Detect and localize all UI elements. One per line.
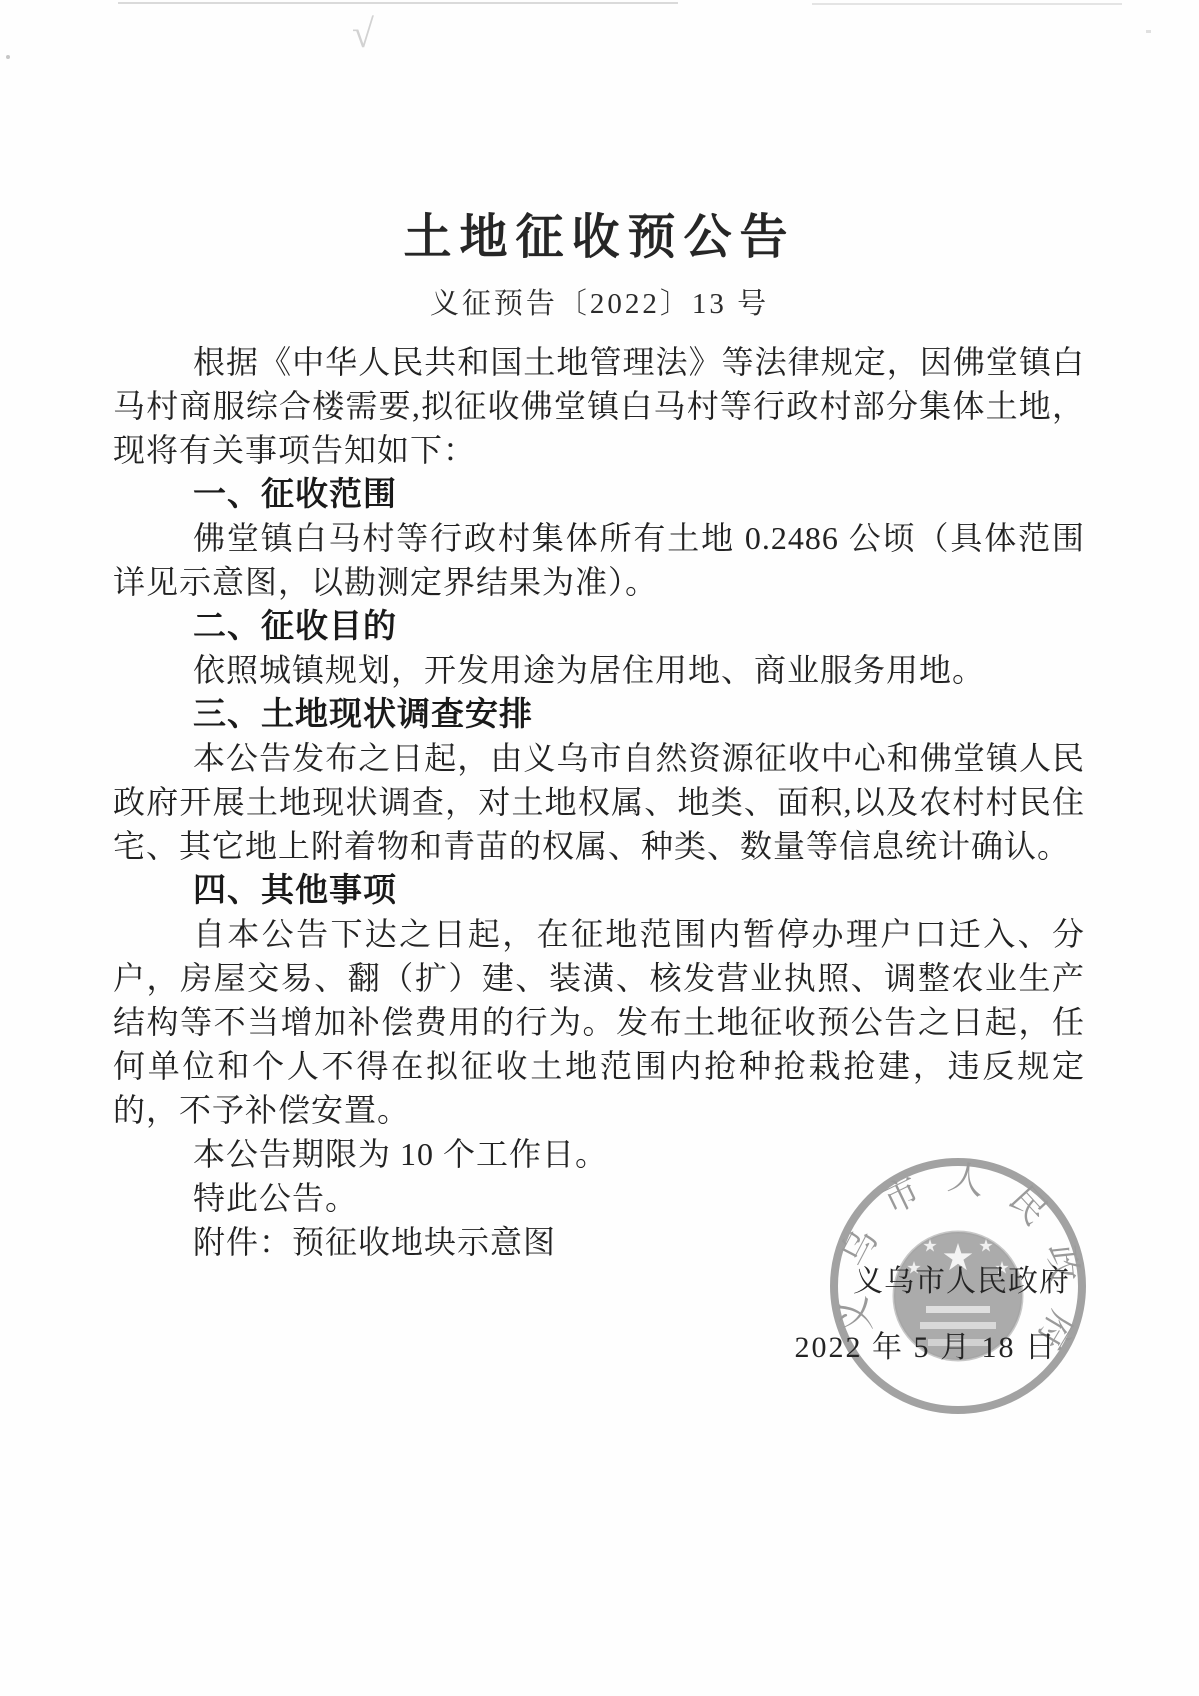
section-3-paragraph: 本公告发布之日起，由义乌市自然资源征收中心和佛堂镇人民政府开展土地现状调查，对土… bbox=[113, 736, 1085, 868]
document-number: 义征预告〔2022〕13 号 bbox=[0, 281, 1199, 322]
intro-paragraph: 根据《中华人民共和国土地管理法》等法律规定，因佛堂镇白马村商服综合楼需要,拟征收… bbox=[113, 340, 1085, 472]
document-title: 土地征收预公告 bbox=[0, 198, 1199, 267]
issuer-signature: 义乌市人民政府 bbox=[0, 1256, 1070, 1300]
scan-artifact-mark: √ bbox=[352, 12, 398, 56]
section-2-heading: 二、征收目的 bbox=[113, 604, 1085, 648]
seal-gate-bar bbox=[926, 1306, 990, 1313]
scan-artifact-line bbox=[118, 2, 678, 4]
section-1-heading: 一、征收范围 bbox=[113, 472, 1085, 516]
section-2-paragraph: 依照城镇规划，开发用途为居住用地、商业服务用地。 bbox=[113, 648, 1085, 692]
section-4-paragraph: 自本公告下达之日起，在征地范围内暂停办理户口迁入、分户，房屋交易、翻（扩）建、装… bbox=[113, 912, 1085, 1132]
scan-artifact-speck bbox=[6, 55, 10, 59]
scan-artifact-line bbox=[812, 3, 1122, 5]
document-page: √ 土地征收预公告 义征预告〔2022〕13 号 根据《中华人民共和国土地管理法… bbox=[0, 0, 1199, 1696]
section-1-paragraph: 佛堂镇白马村等行政村集体所有土地 0.2486 公顷（具体范围详见示意图，以勘测… bbox=[113, 516, 1085, 604]
issue-date: 2022 年 5 月 18 日 bbox=[0, 1322, 1057, 1366]
section-4-heading: 四、其他事项 bbox=[113, 868, 1085, 912]
section-3-heading: 三、土地现状调查安排 bbox=[113, 692, 1085, 736]
scan-artifact-speck bbox=[1146, 30, 1151, 33]
document-body: 根据《中华人民共和国土地管理法》等法律规定，因佛堂镇白马村商服综合楼需要,拟征收… bbox=[113, 340, 1085, 1264]
